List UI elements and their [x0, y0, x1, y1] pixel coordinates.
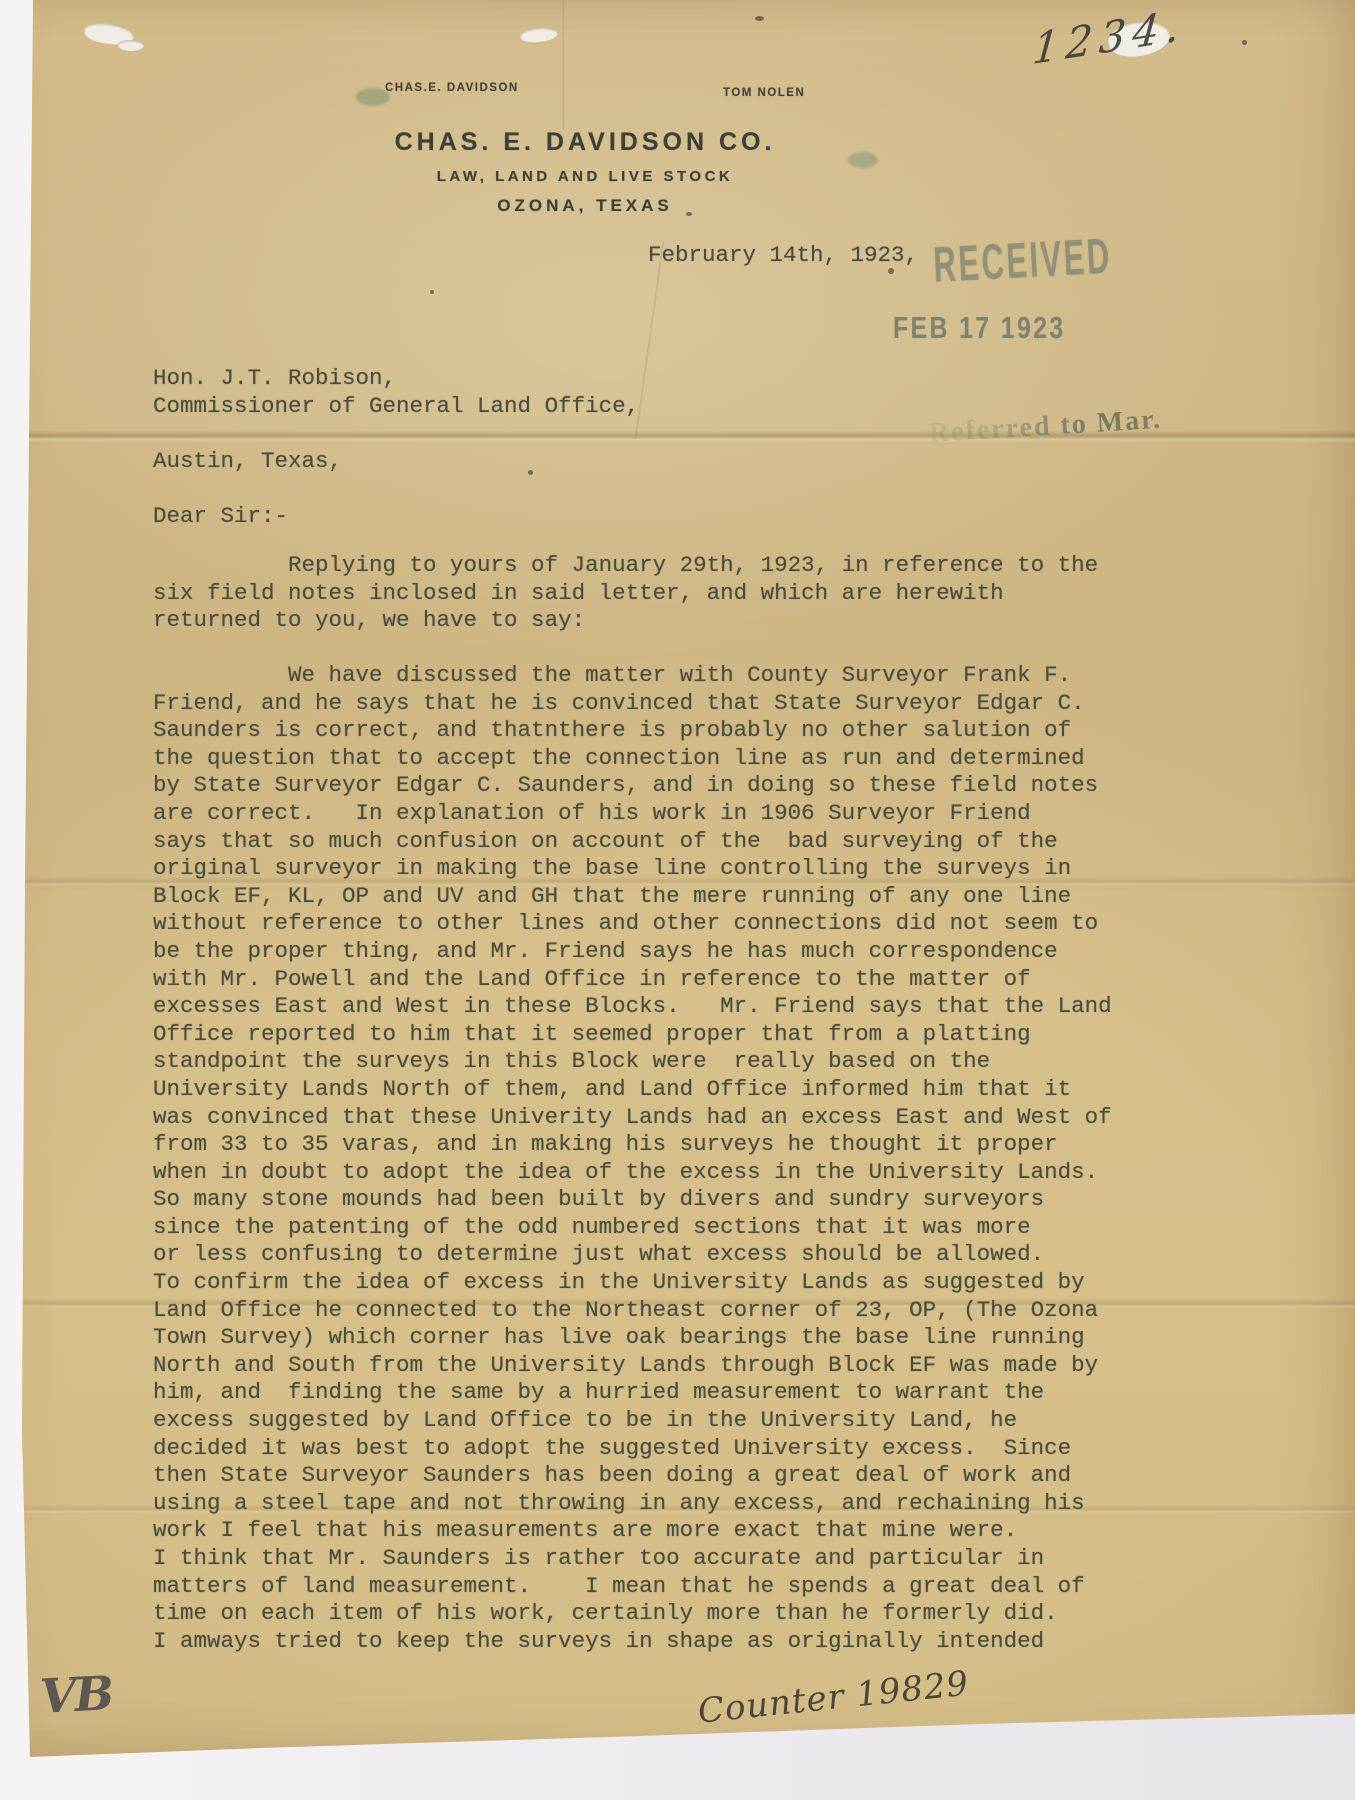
letter-paragraph-2: We have discussed the matter with County… — [153, 662, 1112, 1655]
referred-stamp: Referred to Mar. — [928, 404, 1163, 450]
speck — [430, 290, 434, 294]
vertical-crease — [562, 0, 565, 130]
letter-date: February 14th, 1923, — [648, 242, 918, 270]
handwritten-initials: VB — [39, 1666, 114, 1725]
paper-tear — [118, 40, 144, 51]
speck — [755, 16, 764, 21]
document-page: 1234. CHAS.E. DAVIDSON TOM NOLEN CHAS. E… — [0, 0, 1355, 1760]
salutation: Dear Sir:- — [153, 503, 288, 531]
letterhead-city-line: OZONA, TEXAS — [230, 196, 940, 216]
letterhead-company-name: CHAS. E. DAVIDSON CO. — [230, 128, 940, 157]
letterhead-business-line: LAW, LAND AND LIVE STOCK — [230, 168, 940, 185]
received-stamp: RECEIVED — [932, 227, 1113, 294]
letter-paragraph-1: Replying to yours of January 29th, 1923,… — [153, 552, 1098, 635]
scan-background: 1234. CHAS.E. DAVIDSON TOM NOLEN CHAS. E… — [0, 0, 1355, 1800]
letterhead-principal-right: TOM NOLEN — [723, 87, 805, 99]
recipient-address: Hon. J.T. Robison, Commissioner of Gener… — [153, 365, 639, 475]
received-date-stamp: FEB 17 1923 — [893, 310, 1066, 346]
speck — [1242, 40, 1247, 45]
letterhead-principal-left: CHAS.E. DAVIDSON — [385, 82, 519, 94]
handwritten-counter-number: Counter 19829 — [696, 1664, 971, 1732]
paper-tear — [519, 26, 558, 44]
handwritten-page-number: 1234. — [1031, 0, 1189, 74]
